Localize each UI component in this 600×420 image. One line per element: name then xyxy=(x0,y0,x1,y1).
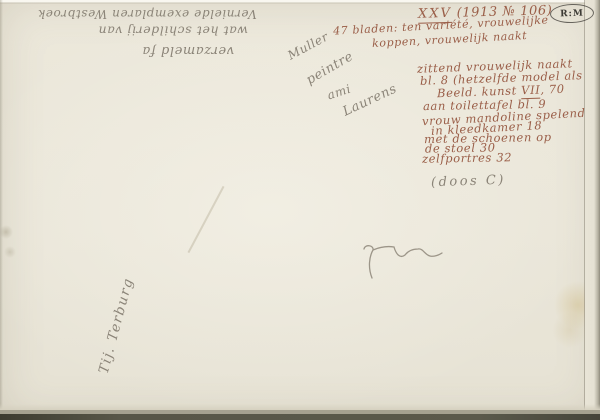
rm-stamp-text: R:M xyxy=(560,8,584,19)
inverted-note-line-1: Vernielde exemplaren Westbroek xyxy=(6,8,288,20)
page-left-edge xyxy=(0,0,3,420)
box-note: (doos C) xyxy=(431,174,506,190)
inventory-line-9: zelfportres 32 xyxy=(422,152,512,165)
inverted-note-line-2: wat het schilderij van xyxy=(92,24,254,37)
pencil-squiggle-doodle xyxy=(350,230,450,290)
vertical-signature: Tij. Terburg xyxy=(91,252,143,400)
paper-crease-mark xyxy=(188,186,225,253)
inverted-note-line-3: verzameld fa xyxy=(138,44,238,57)
inventory-line-3-suffix: , 70 xyxy=(540,82,565,97)
table-below-page xyxy=(0,414,600,420)
page-right-edge xyxy=(585,0,600,414)
diagonal-note-word-1: Muller xyxy=(286,30,331,61)
diagonal-note-word-3: ami xyxy=(326,83,353,102)
notebook-page-scan: R:M XXV (1913 № 106) 47 bladen: ten vari… xyxy=(0,0,600,420)
